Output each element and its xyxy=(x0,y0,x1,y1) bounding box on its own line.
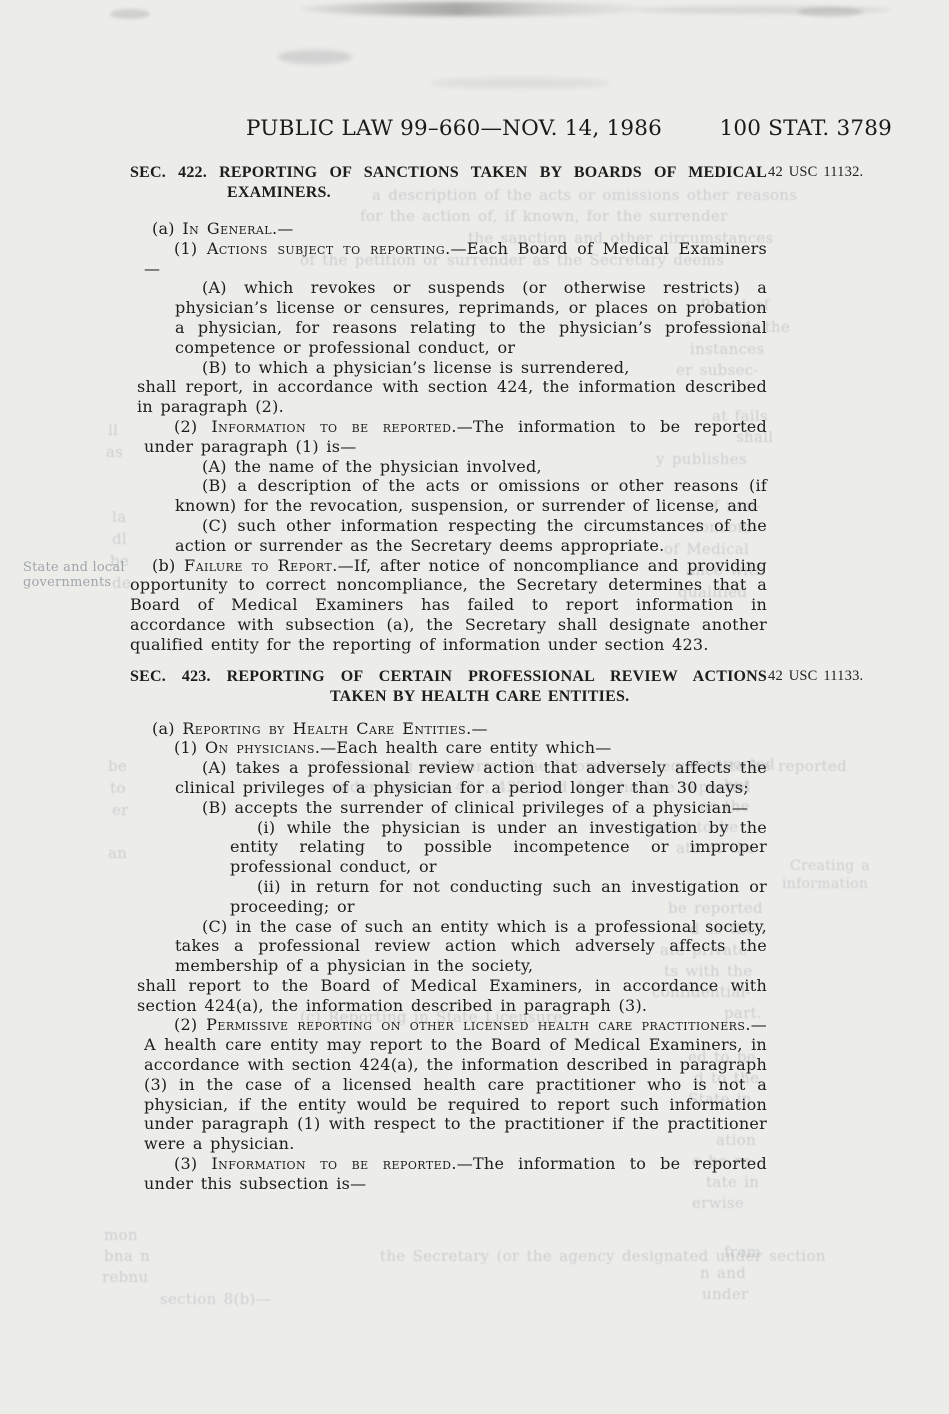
enumerator: (2) xyxy=(174,1015,206,1034)
bleed-through-fragment: ll xyxy=(108,421,118,439)
bleed-through-fragment: dl xyxy=(112,530,127,548)
dash: .— xyxy=(466,719,488,738)
small-caps-heading: Actions subject to reporting xyxy=(207,239,445,258)
bleed-through-fragment: er xyxy=(112,801,129,819)
small-caps-heading: Information to be reported xyxy=(211,1154,451,1173)
running-head-stat-page-number: 100 STAT. 3789 xyxy=(720,116,892,141)
subparagraph-422a2B: (B) a description of the acts or omissio… xyxy=(130,476,767,516)
clause-423a1Bii: (ii) in return for not conducting such a… xyxy=(130,877,767,917)
bleed-through-fragment: an xyxy=(108,844,127,862)
us-code-margin-note-11133: 42 USC 11133. xyxy=(768,668,928,685)
bleed-through-fragment: erwise xyxy=(692,1194,744,1212)
subsection-422b: State and local governments (b) Failure … xyxy=(130,556,767,655)
bleed-through-fragment: as xyxy=(106,443,123,461)
section-423-heading: SEC. 423. REPORTING OF CERTAIN PROFESSIO… xyxy=(130,667,767,707)
enumerator: (1) xyxy=(174,239,207,258)
enumerator: (a) xyxy=(152,219,182,238)
subparagraph-423a1B: (B) accepts the surrender of clinical pr… xyxy=(130,798,767,818)
scan-smudge xyxy=(640,6,890,14)
subparagraph-422a2A: (A) the name of the physician involved, xyxy=(130,457,767,477)
bleed-through-fragment: the Secretary (or the agency designated … xyxy=(380,1247,826,1265)
paragraph-423a2: (2) Permissive reporting on other licens… xyxy=(130,1015,767,1154)
dash: .— xyxy=(272,219,294,238)
small-caps-heading: On physicians xyxy=(205,738,315,757)
bleed-through-fragment: from xyxy=(724,1243,761,1261)
running-head-law-title: PUBLIC LAW 99–660—NOV. 14, 1986 xyxy=(246,116,662,141)
paragraph-text: .—Each health care entity which— xyxy=(315,738,612,757)
statute-text-column: SEC. 422. REPORTING OF SANCTIONS TAKEN B… xyxy=(130,161,767,1194)
enumerator: (b) xyxy=(152,556,184,575)
us-code-margin-note-11132: 42 USC 11132. xyxy=(768,164,928,181)
bleed-through-fragment: rebnu xyxy=(102,1268,148,1286)
clause-423a1Bi: (i) while the physician is under an inve… xyxy=(130,818,767,877)
paragraph-423a1-closing: shall report to the Board of Medical Exa… xyxy=(130,976,767,1016)
bleed-through-fragment: Creating a xyxy=(790,858,870,874)
subparagraph-422a1A: (A) which revokes or suspends (or otherw… xyxy=(130,278,767,357)
section-423-heading-line2: TAKEN BY HEALTH CARE ENTITIES. xyxy=(130,687,767,707)
bleed-through-fragment: section 8(b)— xyxy=(160,1290,271,1308)
scanned-statute-page: a description of the acts or omissions o… xyxy=(0,0,949,1414)
enumerator: (1) xyxy=(174,738,205,757)
paragraph-422a2: (2) Information to be reported.—The info… xyxy=(130,417,767,457)
scan-smudge xyxy=(300,2,650,16)
subparagraph-423a1C: (C) in the case of such an entity which … xyxy=(130,917,767,976)
enumerator: (a) xyxy=(152,719,182,738)
subsection-423a-lead: (a) Reporting by Health Care Entities.— xyxy=(130,719,767,739)
subsection-422a-lead: (a) In General.— xyxy=(130,219,767,239)
section-423-heading-line1: SEC. 423. REPORTING OF CERTAIN PROFESSIO… xyxy=(130,667,767,687)
paragraph-text: .—A health care entity may report to the… xyxy=(144,1015,767,1153)
section-422-heading-line1: SEC. 422. REPORTING OF SANCTIONS TAKEN B… xyxy=(130,163,767,183)
scan-smudge xyxy=(430,78,610,88)
bleed-through-fragment: to xyxy=(110,779,126,797)
paragraph-422a1: (1) Actions subject to reporting.—Each B… xyxy=(130,239,767,279)
subparagraph-422a2C: (C) such other information respecting th… xyxy=(130,516,767,556)
subparagraph-423a1A: (A) takes a professional review action t… xyxy=(130,758,767,798)
enumerator: (2) xyxy=(174,417,211,436)
bleed-through-fragment: under xyxy=(702,1285,748,1303)
margin-note-line: governments xyxy=(23,575,125,590)
subparagraph-422a1B: (B) to which a physician’s license is su… xyxy=(130,358,767,378)
scan-smudge xyxy=(110,9,150,19)
small-caps-heading: Failure to Report xyxy=(184,556,332,575)
small-caps-heading: Permissive reporting on other licensed h… xyxy=(206,1015,745,1034)
bleed-through-fragment: information xyxy=(782,876,868,892)
small-caps-heading: Information to be reported xyxy=(211,417,451,436)
paragraph-422a1-closing: shall report, in accordance with section… xyxy=(130,377,767,417)
bleed-through-fragment: mon xyxy=(104,1226,138,1244)
small-caps-heading: In General xyxy=(182,219,272,238)
bleed-through-fragment: bna n xyxy=(104,1247,150,1265)
paragraph-423a3: (3) Information to be reported.—The info… xyxy=(130,1154,767,1194)
bleed-through-fragment: n and xyxy=(700,1264,746,1282)
section-422-heading-line2: EXAMINERS. xyxy=(130,183,767,203)
bleed-through-fragment: la xyxy=(112,508,126,526)
margin-note-line: State and local xyxy=(23,560,125,575)
enumerator: (3) xyxy=(174,1154,211,1173)
paragraph-423a1: (1) On physicians.—Each health care enti… xyxy=(130,738,767,758)
scan-smudge xyxy=(278,50,352,64)
small-caps-heading: Reporting by Health Care Entities xyxy=(182,719,466,738)
section-422-heading: SEC. 422. REPORTING OF SANCTIONS TAKEN B… xyxy=(130,163,767,203)
scan-smudge xyxy=(798,7,862,17)
bleed-through-fragment: be xyxy=(108,757,127,775)
state-local-governments-margin-note: State and local governments xyxy=(23,560,125,590)
